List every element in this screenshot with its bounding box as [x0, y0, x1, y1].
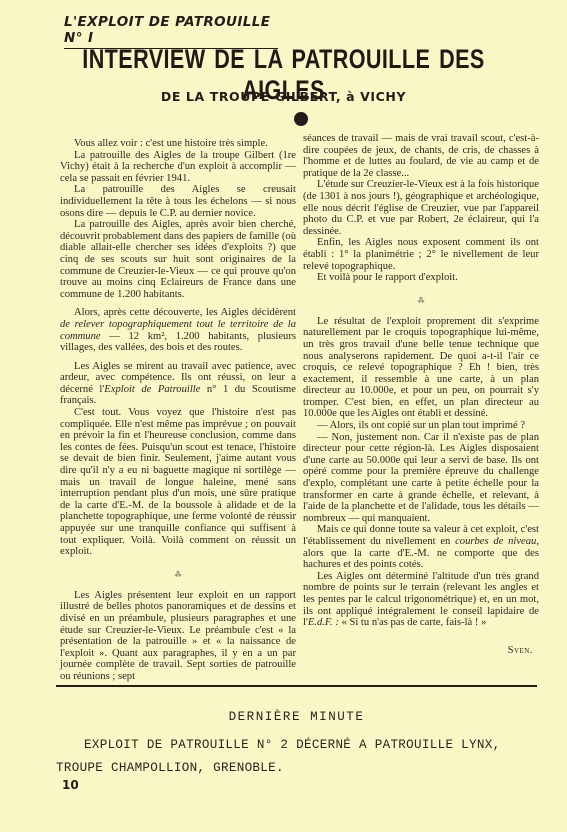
paragraph: Les Aigles se mirent au travail avec pat…: [60, 361, 296, 407]
emphasis: E.d.F. :: [308, 617, 339, 628]
left-column: Vous allez voir : c'est une histoire trè…: [60, 138, 296, 683]
paragraph: Les Aigles présentent leur exploit en un…: [60, 590, 296, 683]
asterism-separator-icon: ⁂: [303, 298, 539, 304]
page-number: 10: [62, 778, 79, 792]
paragraph: Alors, après cette découverte, les Aigle…: [60, 307, 296, 353]
paragraph: C'est tout. Vous voyez que l'histoire n'…: [60, 407, 296, 558]
paragraph: La patrouille des Aigles se creusait ind…: [60, 184, 296, 219]
asterism-separator-icon: ⁂: [60, 572, 296, 578]
stop-press-title: DERNIÈRE MINUTE: [56, 710, 537, 724]
section-divider: [56, 685, 537, 687]
right-column: séances de travail — mais de vrai travai…: [303, 133, 539, 656]
bullet-ornament-icon: [294, 112, 308, 126]
emphasis: courbes de niveau: [455, 536, 536, 547]
paragraph: — Alors, ils ont copié sur un plan tout …: [303, 420, 539, 432]
paragraph: L'étude sur Creuzier-le-Vieux est à la f…: [303, 179, 539, 237]
paragraph: — Non, justement non. Car il n'existe pa…: [303, 432, 539, 525]
paragraph: Mais ce qui donne toute sa valeur à cet …: [303, 524, 539, 570]
paragraph: Enfin, les Aigles nous exposent comment …: [303, 237, 539, 272]
paragraph: La patrouille des Aigles de la troupe Gi…: [60, 150, 296, 185]
paragraph: Vous allez voir : c'est une histoire trè…: [60, 138, 296, 150]
paragraph: Le résultat de l'exploit proprement dit …: [303, 316, 539, 420]
paragraph: Les Aigles ont déterminé l'altitude d'un…: [303, 571, 539, 629]
article-subtitle: DE LA TROUPE GILBERT, à VICHY: [0, 89, 567, 104]
emphasis: Exploit de Patrouille: [104, 384, 200, 395]
paragraph: séances de travail — mais de vrai travai…: [303, 133, 539, 179]
stop-press-body: EXPLOIT DE PATROUILLE N° 2 DÉCERNÉ A PAT…: [56, 734, 537, 780]
paragraph: La patrouille des Aigles, après avoir bi…: [60, 219, 296, 300]
paragraph: Et voilà pour le rapport d'exploit.: [303, 272, 539, 284]
author-signature: Sven.: [303, 645, 539, 657]
